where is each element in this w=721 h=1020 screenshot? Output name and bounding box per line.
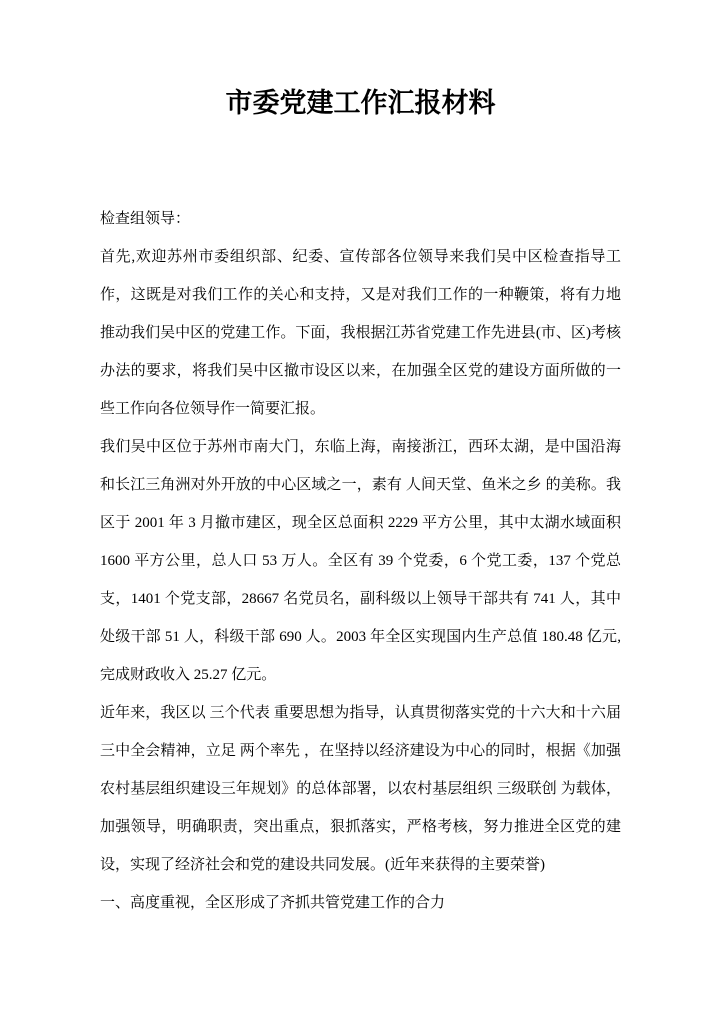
- paragraph-district-overview: 我们吴中区位于苏州市南大门，东临上海，南接浙江，西环太湖，是中国沿海和长江三角洲…: [100, 428, 621, 694]
- salutation-line: 检查组领导：: [100, 200, 621, 238]
- document-body: 检查组领导： 首先,欢迎苏州市委组织部、纪委、宣传部各位领导来我们吴中区检查指导…: [100, 200, 621, 922]
- document-title: 市委党建工作汇报材料: [0, 86, 721, 120]
- paragraph-recent-years-guidance: 近年来，我区以 三个代表 重要思想为指导，认真贯彻落实党的十六大和十六届三中全会…: [100, 694, 621, 884]
- section-heading-one: 一、高度重视，全区形成了齐抓共管党建工作的合力: [100, 884, 621, 922]
- document-page: 市委党建工作汇报材料 检查组领导： 首先,欢迎苏州市委组织部、纪委、宣传部各位领…: [0, 0, 721, 1020]
- paragraph-welcome-introduction: 首先,欢迎苏州市委组织部、纪委、宣传部各位领导来我们吴中区检查指导工作，这既是对…: [100, 238, 621, 428]
